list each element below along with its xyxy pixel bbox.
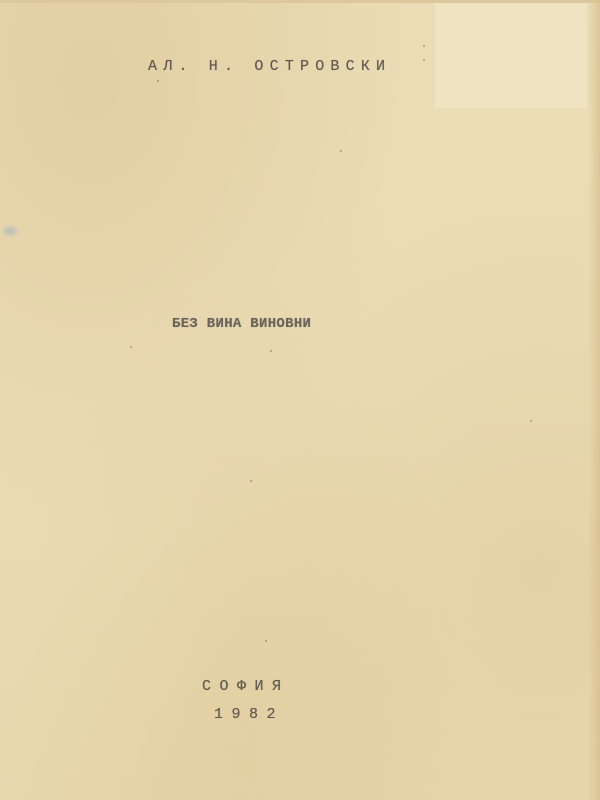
paper-right-edge <box>588 0 600 800</box>
light-paper-patch <box>435 3 587 108</box>
paper-speck <box>130 346 132 348</box>
paper-speck <box>265 640 267 642</box>
paper-speck <box>340 150 342 152</box>
paper-speck <box>250 480 252 482</box>
paper-speck <box>157 80 159 82</box>
document-title: БЕЗ ВИНА ВИНОВНИ <box>172 316 311 332</box>
typewritten-title-page: АЛ. Н. ОСТРОВСКИ БЕЗ ВИНА ВИНОВНИ СОФИЯ … <box>0 0 600 800</box>
ink-smudge <box>0 224 20 238</box>
paper-speck <box>270 350 272 352</box>
publication-year: 1982 <box>214 706 284 723</box>
author-name: АЛ. Н. ОСТРОВСКИ <box>148 58 391 75</box>
paper-speck <box>423 45 425 47</box>
paper-speck <box>530 420 532 422</box>
paper-speck <box>423 59 425 61</box>
publication-city: СОФИЯ <box>202 678 290 695</box>
